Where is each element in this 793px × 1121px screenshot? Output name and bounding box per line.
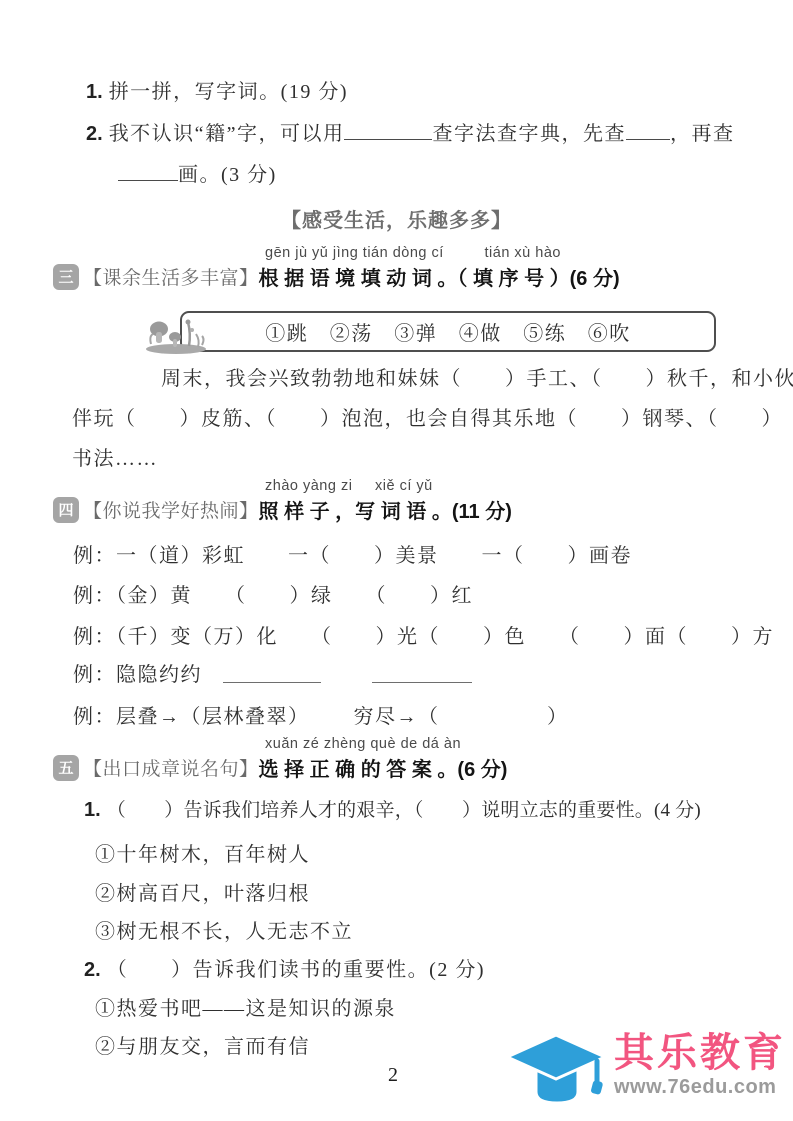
- question-text: 画。(3 分): [178, 164, 277, 186]
- example-text: 穷尽→（ ）: [354, 706, 569, 728]
- question-number: 2.: [84, 959, 101, 981]
- answer-option: ③树无根不长，人无志不立: [95, 915, 353, 944]
- pinyin-annotation: xuǎn zé zhèng què de dá àn: [265, 736, 507, 752]
- paragraph-text: 伴玩（ ）皮筋、（ ）泡泡，也会自得其乐地（ ）钢琴、（ ）: [72, 408, 783, 430]
- question-number: 1.: [86, 81, 103, 103]
- section-tag: 【你说我学好热闹】: [83, 496, 259, 523]
- option-text: ①十年树木，百年树人: [95, 844, 310, 866]
- paragraph-text: 周末，我会兴致勃勃地和妹妹（ ）手工、（ ）秋千，和小伙: [161, 368, 793, 390]
- question-text: （ ）告诉我们读书的重要性。(2 分): [107, 959, 485, 981]
- options-box: ①跳 ②荡 ③弹 ④做 ⑤练 ⑥吹: [180, 311, 716, 352]
- blank-line: [118, 176, 178, 181]
- question-text: 查字法查字典，先查: [432, 123, 626, 145]
- example-line: 例：层叠→（层林叠翠）穷尽→（ ）: [73, 700, 569, 729]
- pinyin-annotation: zhào yàng zi xiě cí yǔ: [265, 478, 512, 494]
- example-line: 例：（金）黄 （ ）绿 （ ）红: [73, 579, 473, 608]
- section-number-icon: 五: [53, 755, 79, 781]
- option-text: ①热爱书吧——这是知识的源泉: [95, 998, 396, 1020]
- worksheet-page: 1.拼一拼，写字词。(19 分) 2.我不认识“籍”字，可以用查字法查字典，先查…: [0, 0, 793, 1121]
- section-tag: 【课余生活多丰富】: [83, 263, 259, 290]
- paragraph-line: 周末，我会兴致勃勃地和妹妹（ ）手工、（ ）秋千，和小伙: [161, 362, 793, 391]
- example-line: 例：（千）变（万）化 （ ）光（ ）色 （ ）面（ ）方: [73, 620, 774, 649]
- blank-line: [344, 135, 432, 140]
- answer-option: ①十年树木，百年树人: [95, 838, 310, 867]
- question-text: ，再查: [670, 123, 735, 145]
- paragraph-line: 书法……: [72, 442, 158, 471]
- plant-icon: [144, 314, 208, 354]
- logo-url: www.76edu.com: [614, 1076, 786, 1099]
- section-title: 选 择 正 确 的 答 案 。(6 分): [259, 753, 508, 782]
- logo-text: 其乐教育 www.76edu.com: [614, 1032, 786, 1099]
- question-text: 拼一拼，写字词。(19 分): [109, 81, 348, 103]
- blank-line: [626, 135, 670, 140]
- paragraph-line: 伴玩（ ）皮筋、（ ）泡泡，也会自得其乐地（ ）钢琴、（ ）: [72, 402, 783, 431]
- question-2-line2: 画。(3 分): [118, 158, 277, 187]
- blank-line: [223, 682, 321, 683]
- pinyin-annotation: gēn jù yǔ jìng tián dòng cí tián xù hào: [265, 245, 620, 261]
- question-number: 2.: [86, 123, 103, 145]
- example-text: 例：（金）黄 （ ）绿 （ ）红: [73, 585, 473, 607]
- question-number: 1.: [84, 799, 101, 821]
- section-number-icon: 三: [53, 264, 79, 290]
- section-banner: 【感受生活，乐趣多多】: [0, 204, 793, 233]
- page-number: 2: [388, 1064, 398, 1087]
- graduation-cap-icon: [504, 1032, 608, 1116]
- answer-option: ①热爱书吧——这是知识的源泉: [95, 992, 396, 1021]
- question-text: （ ）告诉我们培养人才的艰辛，（ ）说明立志的重要性。(4 分): [107, 800, 701, 821]
- section-title: 照 样 子 ，写 词 语 。(11 分): [259, 495, 512, 524]
- example-text: 例：（千）变（万）化 （ ）光（ ）色 （ ）面（ ）方: [73, 626, 774, 648]
- example-text: 例：一（道）彩虹 一（ ）美景 一（ ）画卷: [73, 545, 632, 567]
- option-text: ③树无根不长，人无志不立: [95, 921, 353, 943]
- section-5-header: xuǎn zé zhèng què de dá àn 五 【出口成章说名句】 选…: [53, 736, 507, 782]
- section-4-header: zhào yàng zi xiě cí yǔ 四 【你说我学好热闹】 照 样 子…: [53, 478, 512, 524]
- example-text: 例：层叠→（层林叠翠）: [73, 706, 310, 728]
- sub-question-2: 2.（ ）告诉我们读书的重要性。(2 分): [84, 953, 485, 982]
- question-2-line1: 2.我不认识“籍”字，可以用查字法查字典，先查，再查: [86, 117, 734, 146]
- example-line: 例：一（道）彩虹 一（ ）美景 一（ ）画卷: [73, 539, 632, 568]
- option-text: ②与朋友交，言而有信: [95, 1036, 310, 1058]
- example-text: 例：隐隐约约: [73, 664, 202, 686]
- logo: 其乐教育 www.76edu.com: [504, 1032, 786, 1116]
- option-text: ②树高百尺，叶落归根: [95, 883, 310, 905]
- sub-question-1: 1.（ ）告诉我们培养人才的艰辛，（ ）说明立志的重要性。(4 分): [84, 795, 701, 822]
- section-tag: 【出口成章说名句】: [83, 754, 259, 781]
- answer-option: ②与朋友交，言而有信: [95, 1030, 310, 1059]
- logo-name: 其乐教育: [614, 1032, 786, 1074]
- option-list: ①跳 ②荡 ③弹 ④做 ⑤练 ⑥吹: [265, 317, 631, 346]
- section-title: 根 据 语 境 填 动 词 。（ 填 序 号 ）(6 分): [259, 262, 620, 291]
- section-number-icon: 四: [53, 497, 79, 523]
- section-3-header: gēn jù yǔ jìng tián dòng cí tián xù hào …: [53, 245, 620, 291]
- example-line: 例：隐隐约约: [73, 658, 202, 687]
- paragraph-text: 书法……: [72, 448, 158, 470]
- question-text: 我不认识“籍”字，可以用: [109, 123, 345, 145]
- answer-option: ②树高百尺，叶落归根: [95, 877, 310, 906]
- question-1: 1.拼一拼，写字词。(19 分): [86, 75, 348, 104]
- blank-line: [372, 682, 472, 683]
